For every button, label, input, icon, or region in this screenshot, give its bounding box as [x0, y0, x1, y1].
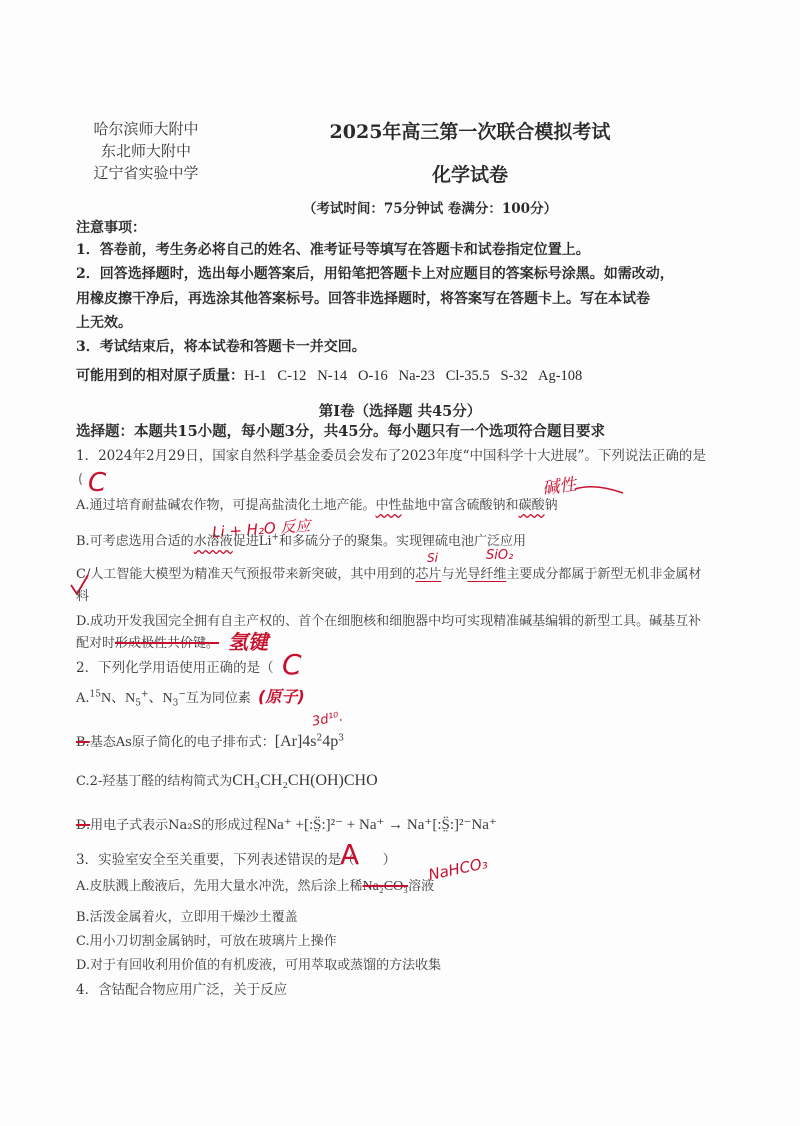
q3-option-c: C.用小刀切割金属钠时，可放在玻璃片上操作	[76, 933, 337, 951]
pen-stroke-icon	[575, 485, 625, 495]
notice-item: 上无效。	[76, 313, 132, 333]
answer-bracket: (	[78, 472, 83, 487]
atomic-masses-label: 可能用到的相对原子质量：	[76, 368, 244, 384]
q2-option-c: C.2-羟基丁醛的结构简式为CH₃CH₂CH(OH)CHO	[76, 772, 378, 791]
q3-option-d: D.对于有回收利用价值的有机废液，可用萃取或蒸馏的方法收集	[76, 957, 441, 975]
q1-option-b: B.可考虑选用合适的水溶液促进Li+和多硫分子的聚集。实现锂硫电池广泛应用	[76, 533, 526, 551]
atomic-masses: 可能用到的相对原子质量：H-1 C-12 N-14 O-16 Na-23 Cl-…	[76, 366, 582, 386]
handwritten-note: SiO₂	[486, 548, 513, 563]
q1-option-d-cont: 配对时形成极性共价键。	[76, 635, 219, 653]
q1-option-a: A.通过培育耐盐碱农作物，可提高盐渍化土地产能。中性盐地中富含硫酸钠和碳酸钠	[76, 497, 558, 515]
handwritten-note: Si	[427, 551, 438, 565]
atomic-masses-values: H-1 C-12 N-14 O-16 Na-23 Cl-35.5 S-32 Ag…	[244, 368, 582, 384]
annotated-word: 碳酸	[519, 498, 545, 513]
handwritten-note: 氢键	[228, 626, 268, 655]
handwritten-answer-q3: A	[340, 838, 359, 871]
exam-title: 2025年高三第一次联合模拟考试	[0, 117, 800, 144]
subject-title: 化学试卷	[0, 160, 800, 187]
section-instructions: 选择题：本题共15小题，每小题3分，共45分。每小题只有一个选项符合题目要求	[76, 422, 605, 442]
q1-option-c-wrap: 料	[76, 588, 89, 606]
handwritten-answer-q1: C	[88, 468, 106, 498]
q1-option-d: D.成功开发我国完全拥有自主产权的、首个在细胞核和细胞器中均可实现精准碱基编辑的…	[76, 613, 701, 631]
notice-item: 用橡皮擦干净后，再选涂其他答案标号。回答非选择题时，将答案写在答题卡上。写在本试…	[76, 289, 650, 309]
annotated-word: 中性	[376, 498, 402, 513]
q3-option-b: B.活泼金属着火，立即用干燥沙土覆盖	[76, 909, 298, 927]
exam-info: （考试时间：75分钟试 卷满分：100分）	[0, 197, 800, 217]
exam-page: 哈尔滨师大附中 东北师大附中 辽宁省实验中学 2025年高三第一次联合模拟考试 …	[0, 0, 800, 1126]
notice-item: 2．回答选择题时，选出每小题答案后，用铅笔把答题卡上对应题目的答案标号涂黑。如需…	[76, 264, 674, 284]
q2-option-d: D.用电子式表示Na₂S的形成过程Na⁺ +[:S̤̈:]²⁻ + Na⁺ → …	[76, 816, 497, 835]
struck-text: 形成极性共价键。	[115, 636, 219, 651]
question-1-stem: 1．2024年2月29日，国家自然科学基金委员会发布了2023年度“中国科学十大…	[76, 447, 706, 465]
struck-text: Na₂CO₃	[363, 879, 409, 894]
notice-heading: 注意事项：	[76, 218, 146, 238]
annotated-word: 芯片	[415, 567, 441, 582]
question-4-stem: 4．含钴配合物应用广泛，关于反应	[76, 981, 287, 999]
q1-option-c: C/人工智能大模型为精准天气预报带来新突破，其中用到的芯片与光导纤维主要成分都属…	[76, 566, 701, 584]
question-2-stem: 2．下列化学用语使用正确的是（	[76, 659, 274, 677]
annotated-word: 导纤维	[467, 567, 506, 582]
notice-item: 1．答卷前，考生务必将自己的姓名、准考证号等填写在答题卡和试卷指定位置上。	[76, 240, 590, 260]
handwritten-answer-q2: C	[282, 648, 302, 681]
q2-option-b: B.基态As原子简化的电子排布式：[Ar]4s24p3	[76, 733, 344, 752]
handwritten-note: 碱性	[540, 470, 577, 499]
q3-option-a: A.皮肤溅上酸液后，先用大量水冲洗，然后涂上稀Na₂CO₃溶液	[76, 878, 434, 896]
notice-item: 3．考试结束后，将本试卷和答题卡一并交回。	[76, 337, 366, 357]
handwritten-note: 3d¹⁰.	[311, 709, 344, 729]
handwritten-note: (原子)	[258, 684, 305, 707]
q2-option-a: A.15N、N5+、N3−互为同位素	[76, 690, 251, 708]
section-title: 第Ⅰ卷（选择题 共45分）	[0, 400, 800, 421]
annotated-word: 水溶液	[194, 534, 233, 549]
handwritten-note: NaHCO₃	[427, 854, 489, 884]
